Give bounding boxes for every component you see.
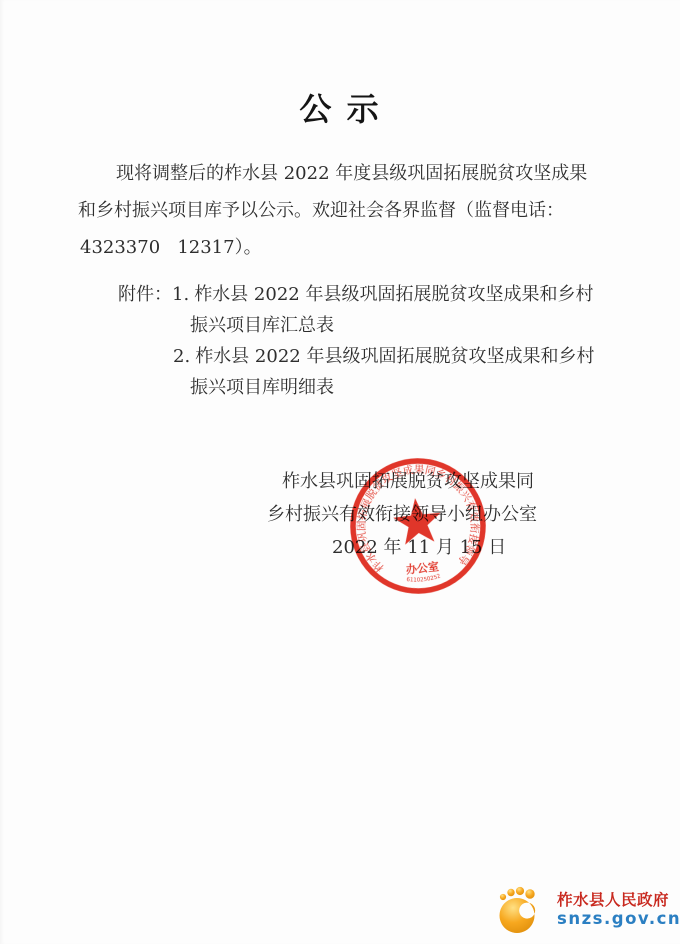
seal-code: 6110250252: [405, 573, 441, 585]
svg-text:6110250252: 6110250252: [405, 573, 441, 585]
attachment-1-number: 1.: [172, 284, 189, 305]
notice-title: 公 示: [0, 84, 680, 130]
signature-line-2: 乡村振兴有效衔接领导小组办公室: [267, 503, 537, 527]
attachments-label: 附件：: [118, 284, 172, 305]
attachment-2-title-line-2: 振兴项目库明细表: [190, 376, 334, 400]
gov-site-text: 柞水县人民政府 snzs.gov.cn: [557, 890, 680, 929]
paw-print-icon: [492, 884, 550, 934]
attachment-row-2: 2.柞水县 2022 年县级巩固拓展脱贫攻坚成果和乡村: [173, 345, 594, 369]
gov-site-watermark: 柞水县人民政府 snzs.gov.cn: [492, 884, 680, 934]
document-page: 公 示 现将调整后的柞水县 2022 年度县级巩固拓展脱贫攻坚成果 和乡村振兴项…: [0, 0, 680, 944]
signature-date: 2022 年 11 月 15 日: [332, 536, 506, 560]
attachment-2-number: 2.: [173, 346, 190, 367]
attachment-row-1: 附件：1.柞水县 2022 年县级巩固拓展脱贫攻坚成果和乡村: [118, 283, 593, 307]
body-line-3: 4323370 12317）。: [80, 236, 262, 260]
seal-bottom-text: 办公室: [405, 559, 439, 576]
attachment-1-title-line-2: 振兴项目库汇总表: [190, 314, 334, 338]
attachment-2-title-line-1: 柞水县 2022 年县级巩固拓展脱贫攻坚成果和乡村: [195, 346, 594, 367]
gov-site-name: 柞水县人民政府: [557, 890, 680, 909]
attachment-1-title-line-1: 柞水县 2022 年县级巩固拓展脱贫攻坚成果和乡村: [194, 284, 593, 305]
signature-line-1: 柞水县巩固拓展脱贫攻坚成果同: [282, 470, 534, 494]
body-line-2: 和乡村振兴项目库予以公示。欢迎社会各界监督（监督电话：: [78, 199, 564, 223]
gov-site-url: snzs.gov.cn: [557, 909, 680, 929]
body-line-1: 现将调整后的柞水县 2022 年度县级巩固拓展脱贫攻坚成果: [116, 162, 587, 186]
